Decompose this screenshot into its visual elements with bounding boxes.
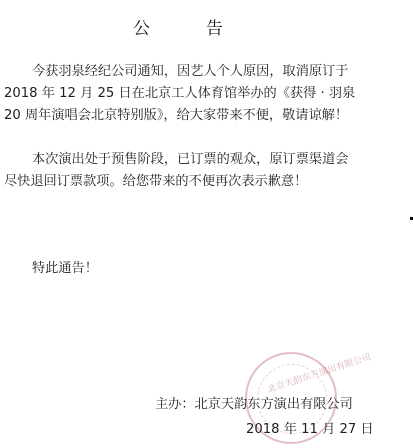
title-char-2: 告: [206, 14, 223, 39]
paragraph-cancellation: 今获羽泉经纪公司通知，因艺人个人原因，取消原订于 2018 年 12 月 25 …: [4, 61, 404, 127]
paragraph-line: 本次演出处于预售阶段，已订票的观众，原订票渠道会: [4, 149, 404, 171]
title-char-1: 公: [133, 14, 150, 39]
notice-title: 公 告: [0, 14, 413, 44]
organizer-signature: 主办：北京天韵东方演出有限公司: [155, 393, 353, 412]
closing-statement: 特此通告！: [32, 257, 98, 276]
paragraph-refund: 本次演出处于预售阶段，已订票的观众，原订票渠道会 尽快退回订票款项。给您带来的不…: [4, 149, 404, 193]
paragraph-line: 尽快退回订票款项。给您带来的不便再次表示歉意！: [4, 171, 404, 193]
paragraph-line: 20 周年演唱会北京特别版》，给大家带来不便，敬请谅解！: [4, 105, 404, 127]
paragraph-line: 今获羽泉经纪公司通知，因艺人个人原因，取消原订于: [4, 61, 404, 83]
paragraph-line: 2018 年 12 月 25 日在北京工人体育馆举办的《获得 · 羽泉: [4, 83, 404, 105]
notice-date: 2018 年 11 月 27 日: [246, 418, 374, 437]
